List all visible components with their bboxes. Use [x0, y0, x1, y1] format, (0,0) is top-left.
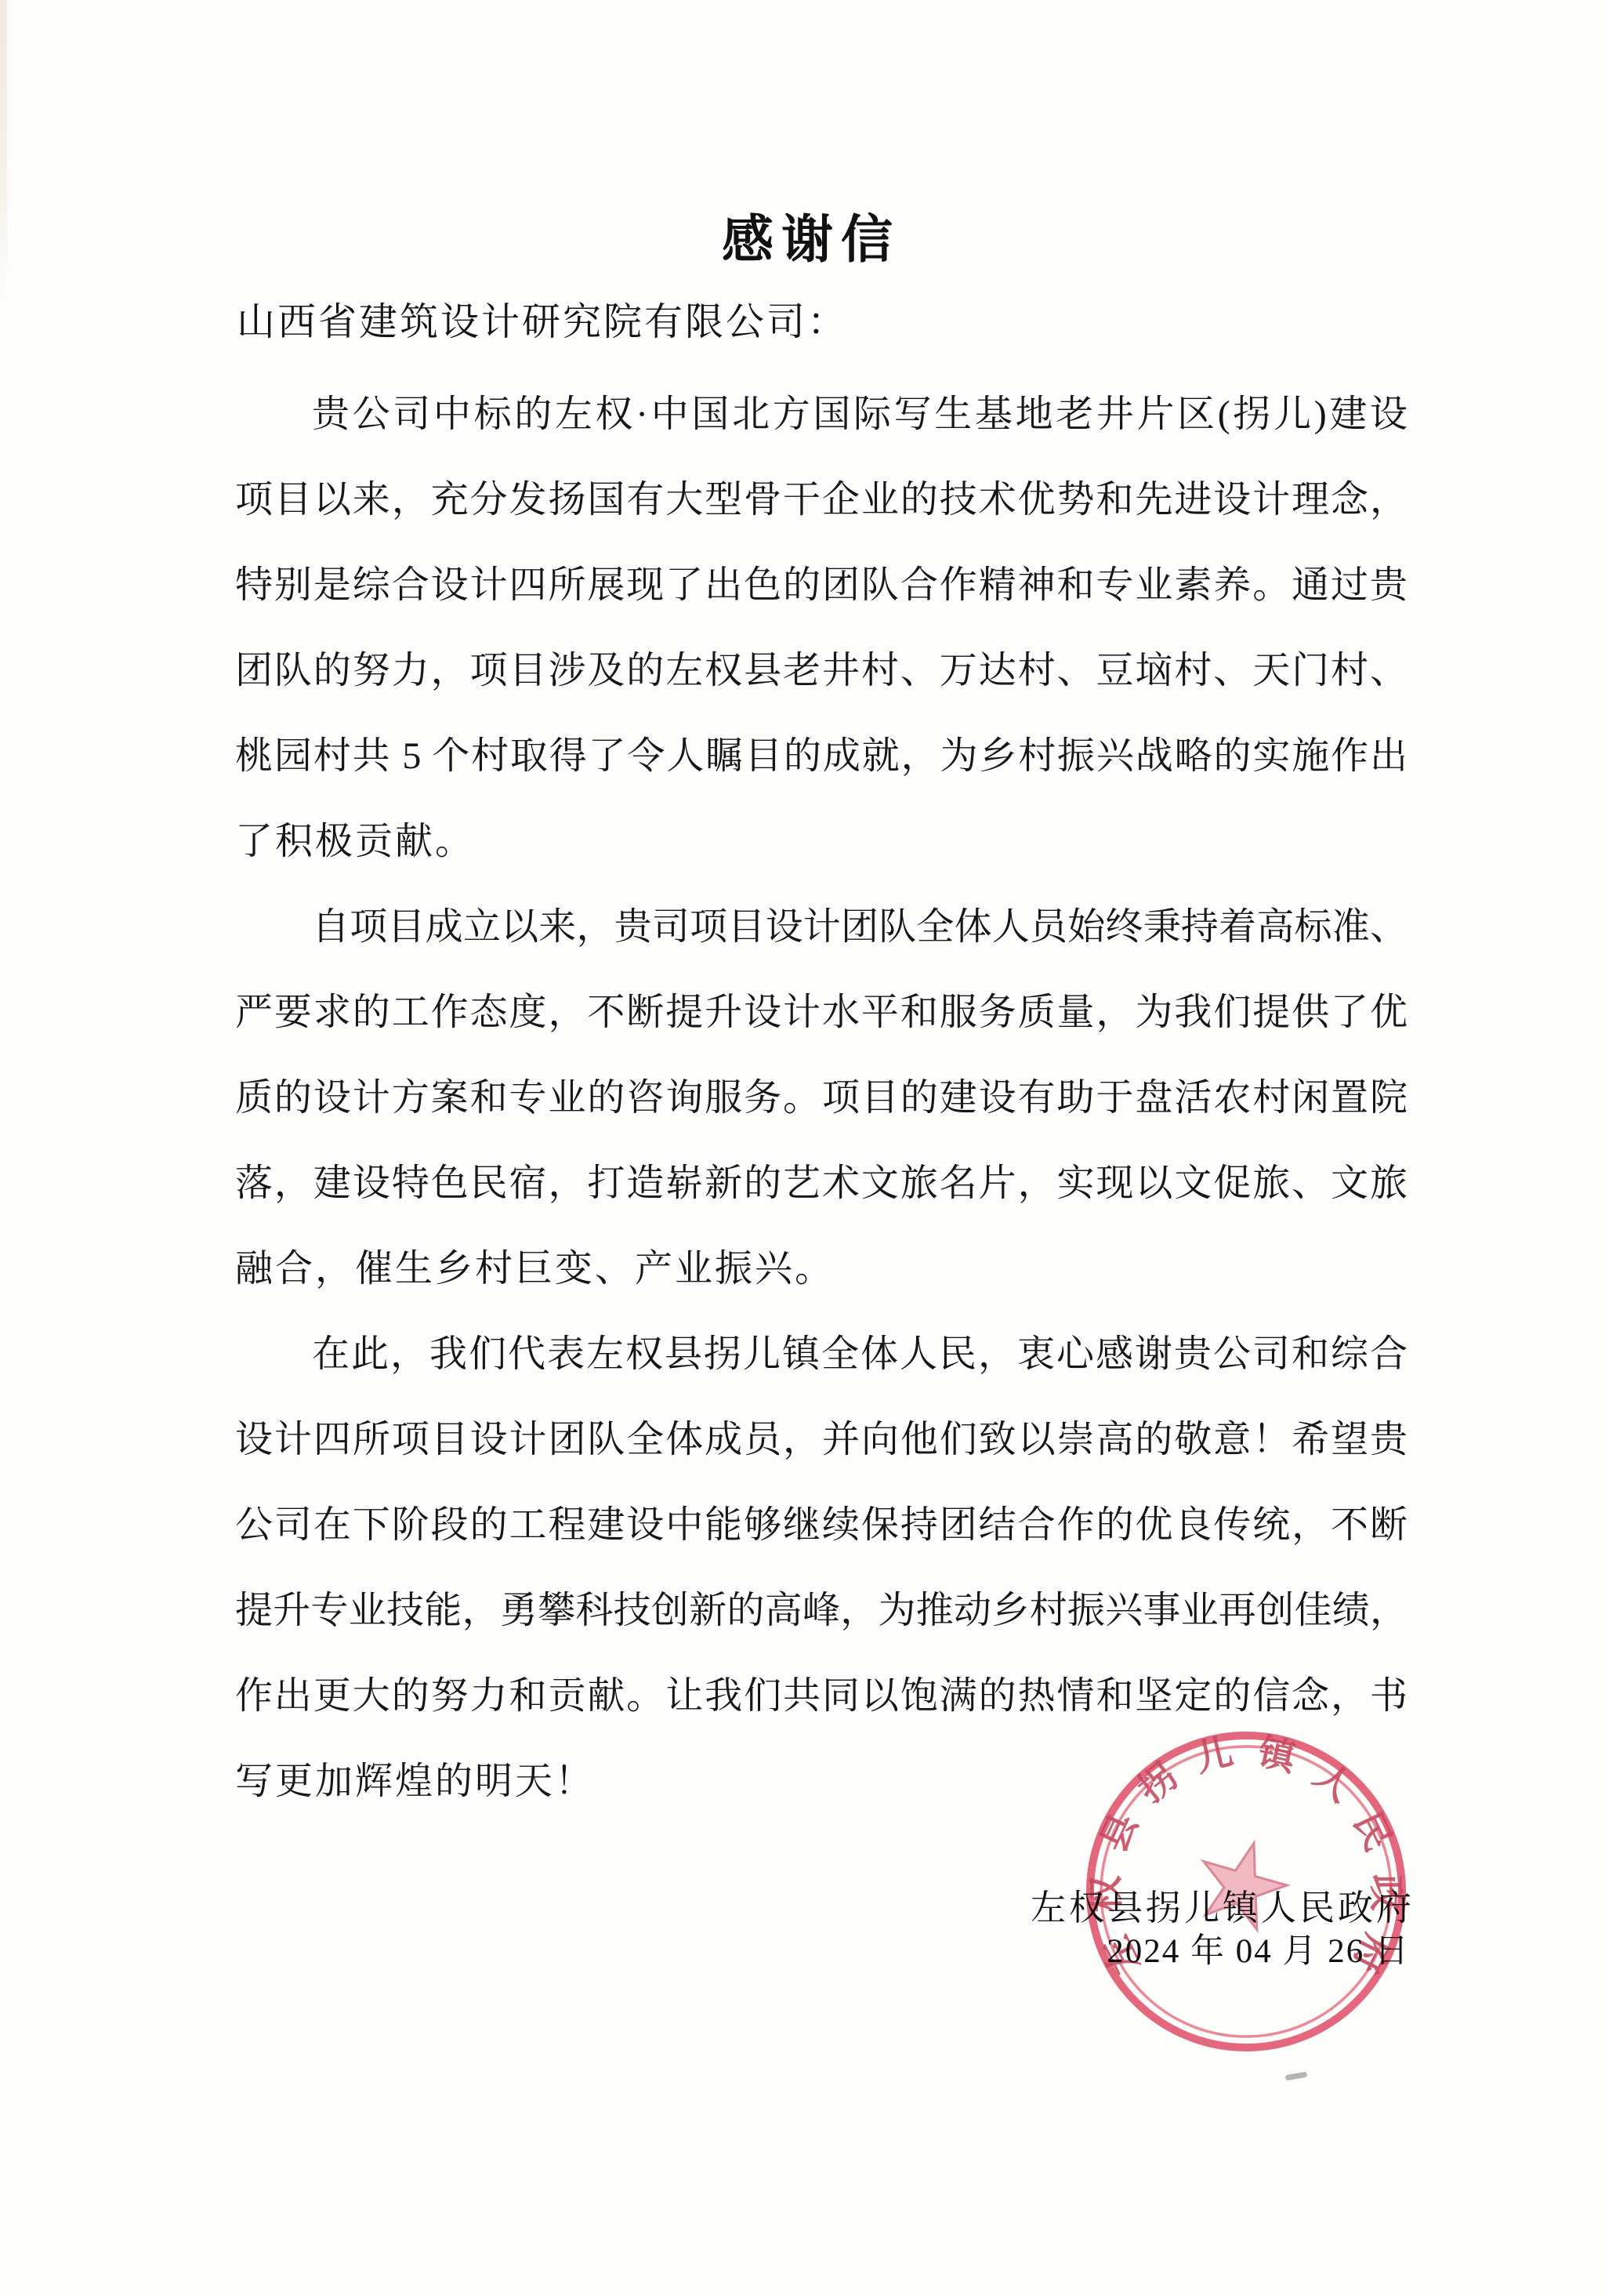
paragraph-2-line: 落，建设特色民宿，打造崭新的艺术文旅名片，实现以文促旅、文旅 — [235, 1141, 1408, 1226]
paragraph-1-line: 贵公司中标的左权·中国北方国际写生基地老井片区(拐儿)建设 — [235, 372, 1408, 457]
paragraph-3-line: 设计四所项目设计团队全体成员，并向他们致以崇高的敬意！希望贵 — [235, 1397, 1408, 1482]
star-icon — [1190, 1831, 1295, 1934]
paragraph-3-line: 在此，我们代表左权县拐儿镇全体人民，衷心感谢贵公司和综合 — [235, 1311, 1408, 1397]
paragraph-1-line: 了积极贡献。 — [235, 799, 1408, 884]
paragraph-1-line: 桃园村共 5 个村取得了令人瞩目的成就，为乡村振兴战略的实施作出 — [235, 713, 1408, 799]
letter-title: 感谢信 — [0, 198, 1605, 272]
letter-body: 贵公司中标的左权·中国北方国际写生基地老井片区(拐儿)建设 项目以来，充分发扬国… — [235, 372, 1408, 1824]
paragraph-1-line: 团队的努力，项目涉及的左权县老井村、万达村、豆垴村、天门村、 — [235, 628, 1408, 713]
paragraph-2-line: 质的设计方案和专业的咨询服务。项目的建设有助于盘活农村闲置院 — [235, 1055, 1408, 1141]
paragraph-1-line: 项目以来，充分发扬国有大型骨干企业的技术优势和先进设计理念， — [235, 457, 1408, 542]
paragraph-3-line: 公司在下阶段的工程建设中能够继续保持团结合作的优良传统，不断 — [235, 1482, 1408, 1568]
letter-page: 感谢信 山西省建筑设计研究院有限公司： 贵公司中标的左权·中国北方国际写生基地老… — [0, 0, 1605, 2296]
paragraph-2-line: 融合，催生乡村巨变、产业振兴。 — [235, 1226, 1408, 1311]
paragraph-3-line: 提升专业技能，勇攀科技创新的高峰，为推动乡村振兴事业再创佳绩， — [235, 1568, 1408, 1653]
official-seal-stamp: 左权县拐儿镇人民政府 — [1042, 1688, 1450, 2095]
paragraph-2-line: 自项目成立以来，贵司项目设计团队全体人员始终秉持着高标准、 — [235, 884, 1408, 970]
paragraph-2-line: 严要求的工作态度，不断提升设计水平和服务质量，为我们提供了优 — [235, 970, 1408, 1055]
paragraph-1-line: 特别是综合设计四所展现了出色的团队合作精神和专业素养。通过贵 — [235, 542, 1408, 628]
salutation: 山西省建筑设计研究院有限公司： — [237, 292, 848, 346]
